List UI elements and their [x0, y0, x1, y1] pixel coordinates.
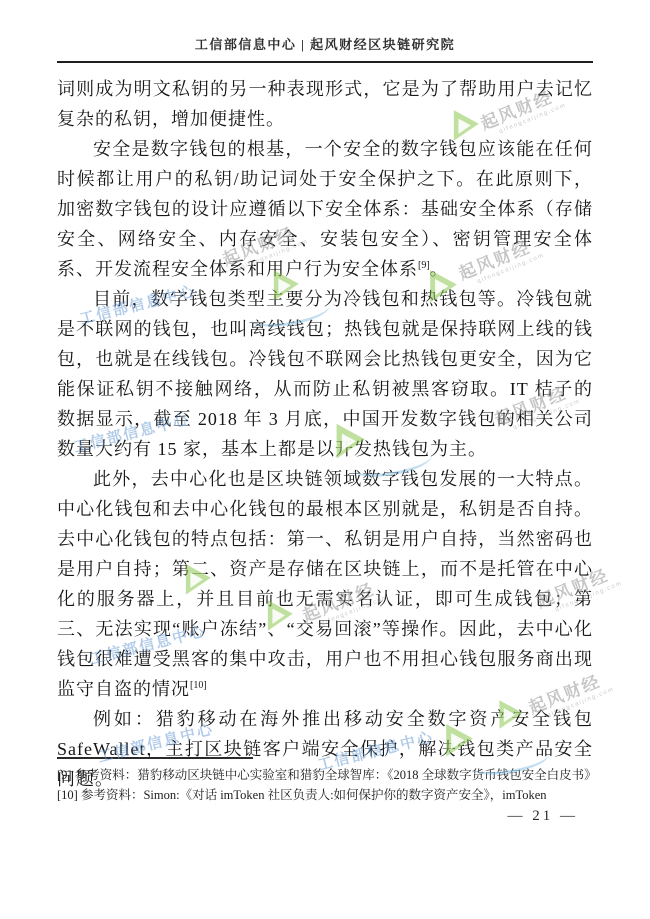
page-number: — 21 — [508, 808, 579, 825]
header-title: 工信部信息中心 | 起风财经区块链研究院 [195, 37, 455, 52]
page-header: 工信部信息中心 | 起风财经区块链研究院 [57, 34, 593, 53]
body-text: 词则成为明文私钥的另一种表现形式，它是为了帮助用户去记忆复杂的私钥，增加便捷性。… [57, 74, 593, 794]
footnotes: [9] 参考资料：猎豹移动区块链中心实验室和猎豹全球智库：《2018 全球数字货… [57, 765, 593, 805]
paragraph-4: 此外，去中心化也是区块链领域数字钱包发展的一大特点。中心化钱包和去中心化钱包的最… [57, 464, 593, 704]
paragraph-1: 词则成为明文私钥的另一种表现形式，它是为了帮助用户去记忆复杂的私钥，增加便捷性。 [57, 74, 593, 134]
footnote-separator [57, 757, 253, 759]
header-rule [57, 61, 593, 63]
document-page: 工信部信息中心 | 起风财经区块链研究院 词则成为明文私钥的另一种表现形式，它是… [0, 0, 650, 919]
paragraph-3: 目前，数字钱包类型主要分为冷钱包和热钱包等。冷钱包就是不联网的钱包，也叫离线钱包… [57, 284, 593, 464]
paragraph-2: 安全是数字钱包的根基，一个安全的数字钱包应该能在任何时候都让用户的私钥/助记词处… [57, 134, 593, 284]
footnote-9: [9] 参考资料：猎豹移动区块链中心实验室和猎豹全球智库：《2018 全球数字货… [57, 765, 593, 785]
footnote-10: [10] 参考资料：Simon:《对话 imToken 社区负责人:如何保护你的… [57, 785, 593, 805]
footnote-ref-10: [10] [190, 680, 207, 691]
footnote-ref-9: [9] [418, 260, 430, 271]
